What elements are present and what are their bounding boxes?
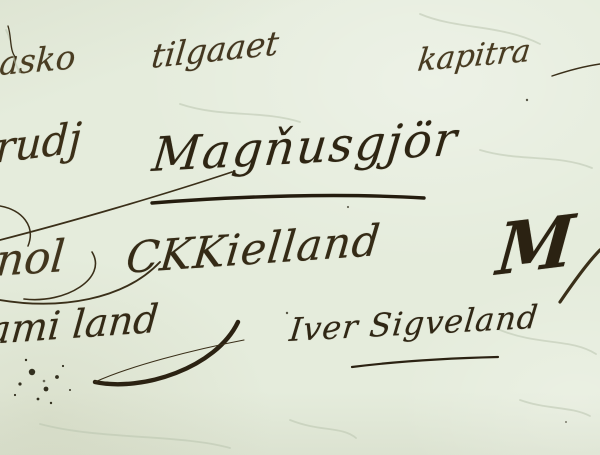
signature-ck-kielland: CKKielland xyxy=(124,220,383,281)
underline-magnusgjor xyxy=(152,196,424,203)
signature-magnusgjor: Magňusgjör xyxy=(150,116,461,179)
signature-amiland-partial: ami land xyxy=(0,300,160,351)
handwritten-word-tilgaaet: tilgaaet xyxy=(150,26,280,73)
flourish-amiland-tail-return xyxy=(95,340,244,382)
handwritten-word-nol: nol xyxy=(0,235,67,284)
underline-sigveland xyxy=(352,357,498,367)
flourish-kapitra-tail xyxy=(552,64,600,76)
handwritten-word-lasko: lasko xyxy=(0,40,76,81)
handwritten-word-kapitra: kapitra xyxy=(416,36,532,77)
signature-m-partial: M xyxy=(494,205,577,286)
manuscript-scan: lasko tilgaaet kapitra rudj Magňusgjör n… xyxy=(0,0,600,455)
handwritten-word-rudj: rudj xyxy=(0,117,83,170)
signature-iver-sigveland: Iver Sigveland xyxy=(288,301,540,346)
